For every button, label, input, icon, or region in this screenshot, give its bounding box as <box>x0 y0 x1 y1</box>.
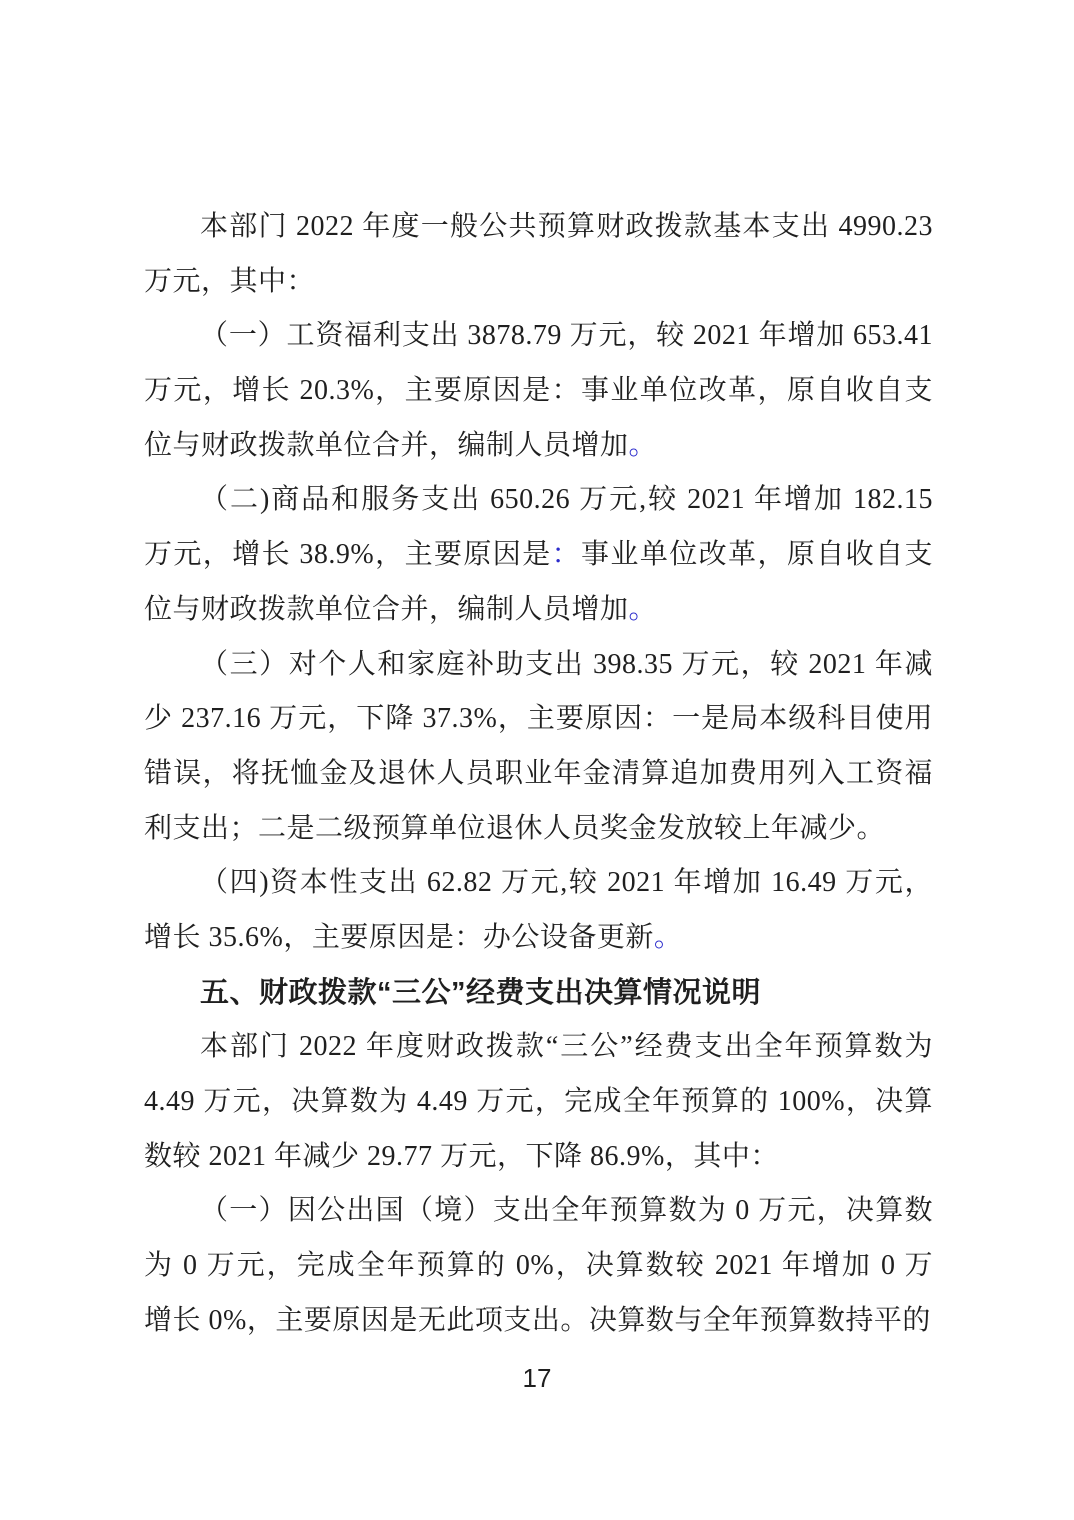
blue-punctuation: 。 <box>654 922 683 953</box>
text-line: 为 0 万元，完成全年预算的 0%，决算数较 2021 年增加 0 万元， <box>144 1239 933 1294</box>
para-item-3-individual-family-subsidy: （三）对个人和家庭补助支出 398.35 万元，较 2021 年减少 237.1… <box>144 638 933 857</box>
text-line: 五、财政拨款“三公”经费支出决算情况说明 <box>144 966 933 1021</box>
blue-punctuation: 。 <box>629 430 658 461</box>
text-line: （一）工资福利支出 3878.79 万元，较 2021 年增加 653.41 <box>144 309 933 364</box>
para-item-1-wage-welfare: （一）工资福利支出 3878.79 万元，较 2021 年增加 653.41万元… <box>144 309 933 473</box>
blue-punctuation: ： <box>552 539 581 570</box>
text-segment: 万元，其中： <box>144 266 315 297</box>
text-segment: 本部门 2022 年度一般公共预算财政拨款基本支出 4990.23 <box>200 211 933 242</box>
text-segment: （一）因公出国（境）支出全年预算数为 0 万元，决算数 <box>200 1195 933 1226</box>
text-line: 增长 0%，主要原因是无此项支出。决算数与全年预算数持平的 <box>144 1294 933 1349</box>
document-page: 本部门 2022 年度一般公共预算财政拨款基本支出 4990.23万元，其中：（… <box>0 0 1074 1520</box>
text-line: 本部门 2022 年度一般公共预算财政拨款基本支出 4990.23 <box>144 200 933 255</box>
text-segment: 少 237.16 万元，下降 37.3%，主要原因：一是局本级科目使用 <box>144 703 933 734</box>
text-segment: 利支出；二是二级预算单位退休人员奖金发放较上年减少。 <box>144 813 885 844</box>
text-line: 本部门 2022 年度财政拨款“三公”经费支出全年预算数为 <box>144 1020 933 1075</box>
text-segment: （一）工资福利支出 3878.79 万元，较 2021 年增加 653.41 <box>200 320 933 351</box>
text-line: 万元，增长 38.9%，主要原因是：事业单位改革，原自收自支单 <box>144 528 933 583</box>
text-segment: 错误，将抚恤金及退休人员职业年金清算追加费用列入工资福 <box>144 758 933 789</box>
text-segment: （二)商品和服务支出 650.26 万元,较 2021 年增加 182.15 <box>200 484 933 515</box>
text-segment: 数较 2021 年减少 29.77 万元，下降 86.9%，其中： <box>144 1141 779 1172</box>
text-line: 增长 35.6%，主要原因是：办公设备更新。 <box>144 911 933 966</box>
text-segment: 为 0 万元，完成全年预算的 0%，决算数较 2021 年增加 0 万元， <box>144 1250 933 1294</box>
text-segment: 本部门 2022 年度财政拨款“三公”经费支出全年预算数为 <box>200 1031 933 1062</box>
text-line: 位与财政拨款单位合并，编制人员增加。 <box>144 583 933 638</box>
text-segment: 五、财政拨款“三公”经费支出决算情况说明 <box>200 977 761 1009</box>
text-line: 利支出；二是二级预算单位退休人员奖金发放较上年减少。 <box>144 802 933 857</box>
heading-section-5-three-public-funds: 五、财政拨款“三公”经费支出决算情况说明 <box>144 966 933 1021</box>
text-segment: 万元，增长 38.9%，主要原因是 <box>144 539 552 570</box>
text-line: 万元，增长 20.3%，主要原因是：事业单位改革，原自收自支单 <box>144 364 933 419</box>
text-line: 位与财政拨款单位合并，编制人员增加。 <box>144 419 933 474</box>
text-line: （三）对个人和家庭补助支出 398.35 万元，较 2021 年减 <box>144 638 933 693</box>
page-footer: 17 <box>0 1362 1074 1394</box>
para-item-4-capital-expenditure: （四)资本性支出 62.82 万元,较 2021 年增加 16.49 万元，增长… <box>144 856 933 965</box>
para-basic-expenditure-total: 本部门 2022 年度一般公共预算财政拨款基本支出 4990.23万元，其中： <box>144 200 933 309</box>
text-segment: 万元，增长 20.3%，主要原因是：事业单位改革，原自收自支单 <box>144 375 933 419</box>
text-line: 错误，将抚恤金及退休人员职业年金清算追加费用列入工资福 <box>144 747 933 802</box>
text-line: 万元，其中： <box>144 255 933 310</box>
document-body: 本部门 2022 年度一般公共预算财政拨款基本支出 4990.23万元，其中：（… <box>144 200 933 1348</box>
text-segment: 增长 0%，主要原因是无此项支出。决算数与全年预算数持平的 <box>144 1305 931 1336</box>
text-segment: （三）对个人和家庭补助支出 398.35 万元，较 2021 年减 <box>200 649 933 680</box>
text-line: 4.49 万元，决算数为 4.49 万元，完成全年预算的 100%，决算 <box>144 1075 933 1130</box>
text-segment: 增长 35.6%，主要原因是：办公设备更新 <box>144 922 654 953</box>
page-number: 17 <box>523 1363 552 1393</box>
text-segment: 位与财政拨款单位合并，编制人员增加 <box>144 594 629 625</box>
para-item-1-overseas-travel: （一）因公出国（境）支出全年预算数为 0 万元，决算数为 0 万元，完成全年预算… <box>144 1184 933 1348</box>
text-segment: （四)资本性支出 62.82 万元,较 2021 年增加 16.49 万元， <box>200 867 933 898</box>
text-segment: 4.49 万元，决算数为 4.49 万元，完成全年预算的 100%，决算 <box>144 1086 933 1117</box>
text-line: （四)资本性支出 62.82 万元,较 2021 年增加 16.49 万元， <box>144 856 933 911</box>
text-segment: 位与财政拨款单位合并，编制人员增加 <box>144 430 629 461</box>
text-line: 少 237.16 万元，下降 37.3%，主要原因：一是局本级科目使用 <box>144 692 933 747</box>
text-line: （二)商品和服务支出 650.26 万元,较 2021 年增加 182.15 <box>144 473 933 528</box>
text-line: （一）因公出国（境）支出全年预算数为 0 万元，决算数 <box>144 1184 933 1239</box>
para-item-2-goods-services: （二)商品和服务支出 650.26 万元,较 2021 年增加 182.15万元… <box>144 473 933 637</box>
blue-punctuation: 。 <box>629 594 658 625</box>
text-line: 数较 2021 年减少 29.77 万元，下降 86.9%，其中： <box>144 1130 933 1185</box>
para-three-public-funds-summary: 本部门 2022 年度财政拨款“三公”经费支出全年预算数为4.49 万元，决算数… <box>144 1020 933 1184</box>
